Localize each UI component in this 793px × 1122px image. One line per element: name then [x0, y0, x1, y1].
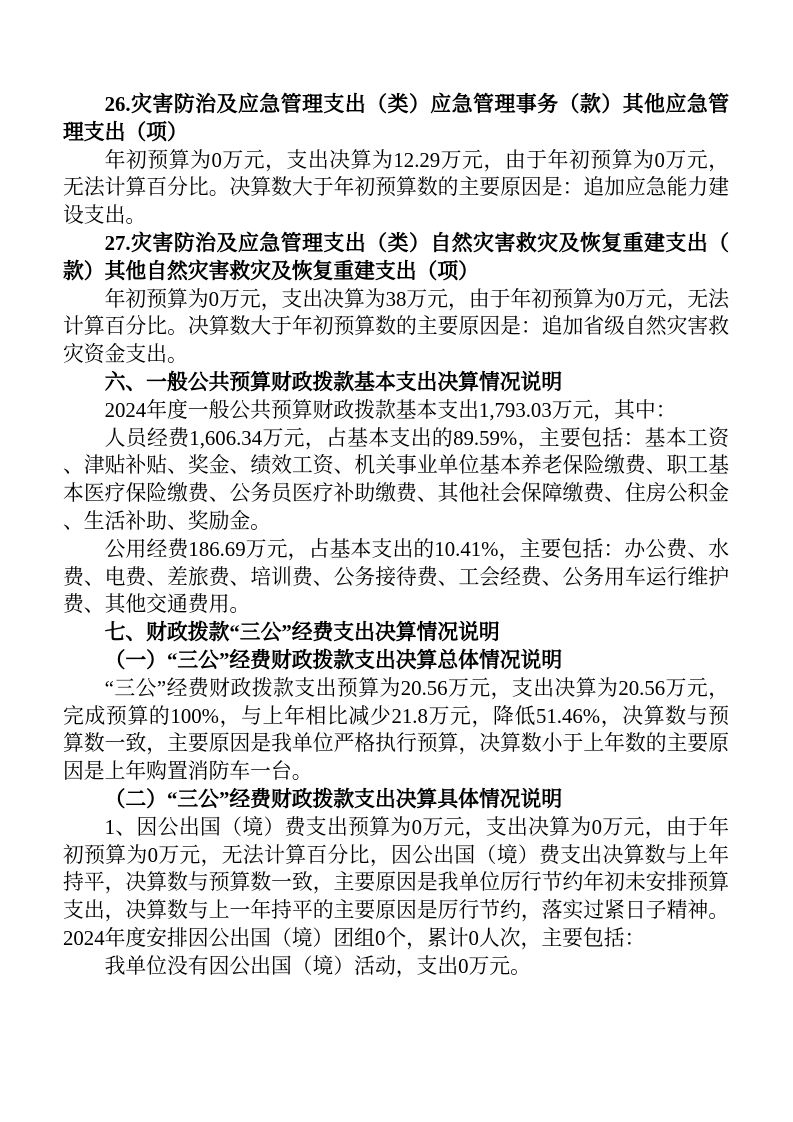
document-text-block: 26.灾害防治及应急管理支出（类）应急管理事务（款）其他应急管理支出（项） 年初…	[63, 91, 729, 981]
paragraph-overseas-travel-none: 我单位没有因公出国（境）活动，支出0万元。	[63, 953, 729, 981]
paragraph-item-27-detail: 年初预算为0万元，支出决算为38万元，由于年初预算为0万元，无法计算百分比。决算…	[63, 286, 729, 369]
heading-section-7-2: （二）“三公”经费财政拨款支出决算具体情况说明	[63, 786, 729, 814]
document-page: 26.灾害防治及应急管理支出（类）应急管理事务（款）其他应急管理支出（项） 年初…	[0, 0, 793, 1122]
heading-item-26: 26.灾害防治及应急管理支出（类）应急管理事务（款）其他应急管理支出（项）	[63, 91, 729, 147]
heading-section-6: 六、一般公共预算财政拨款基本支出决算情况说明	[63, 369, 729, 397]
paragraph-personnel-expense: 人员经费1,606.34万元，占基本支出的89.59%，主要包括：基本工资、津贴…	[63, 425, 729, 536]
heading-section-7-1: （一）“三公”经费财政拨款支出决算总体情况说明	[63, 647, 729, 675]
paragraph-overseas-travel-detail: 1、因公出国（境）费支出预算为0万元，支出决算为0万元，由于年初预算为0万元，无…	[63, 814, 729, 953]
heading-item-27: 27.灾害防治及应急管理支出（类）自然灾害救灾及恢复重建支出（款）其他自然灾害救…	[63, 230, 729, 286]
paragraph-item-26-detail: 年初预算为0万元，支出决算为12.29万元，由于年初预算为0万元，无法计算百分比…	[63, 147, 729, 230]
heading-section-7: 七、财政拨款“三公”经费支出决算情况说明	[63, 619, 729, 647]
paragraph-public-expense: 公用经费186.69万元，占基本支出的10.41%，主要包括：办公费、水费、电费…	[63, 536, 729, 619]
paragraph-basic-expenditure-total: 2024年度一般公共预算财政拨款基本支出1,793.03万元，其中：	[63, 397, 729, 425]
paragraph-three-public-overall: “三公”经费财政拨款支出预算为20.56万元，支出决算为20.56万元，完成预算…	[63, 675, 729, 786]
